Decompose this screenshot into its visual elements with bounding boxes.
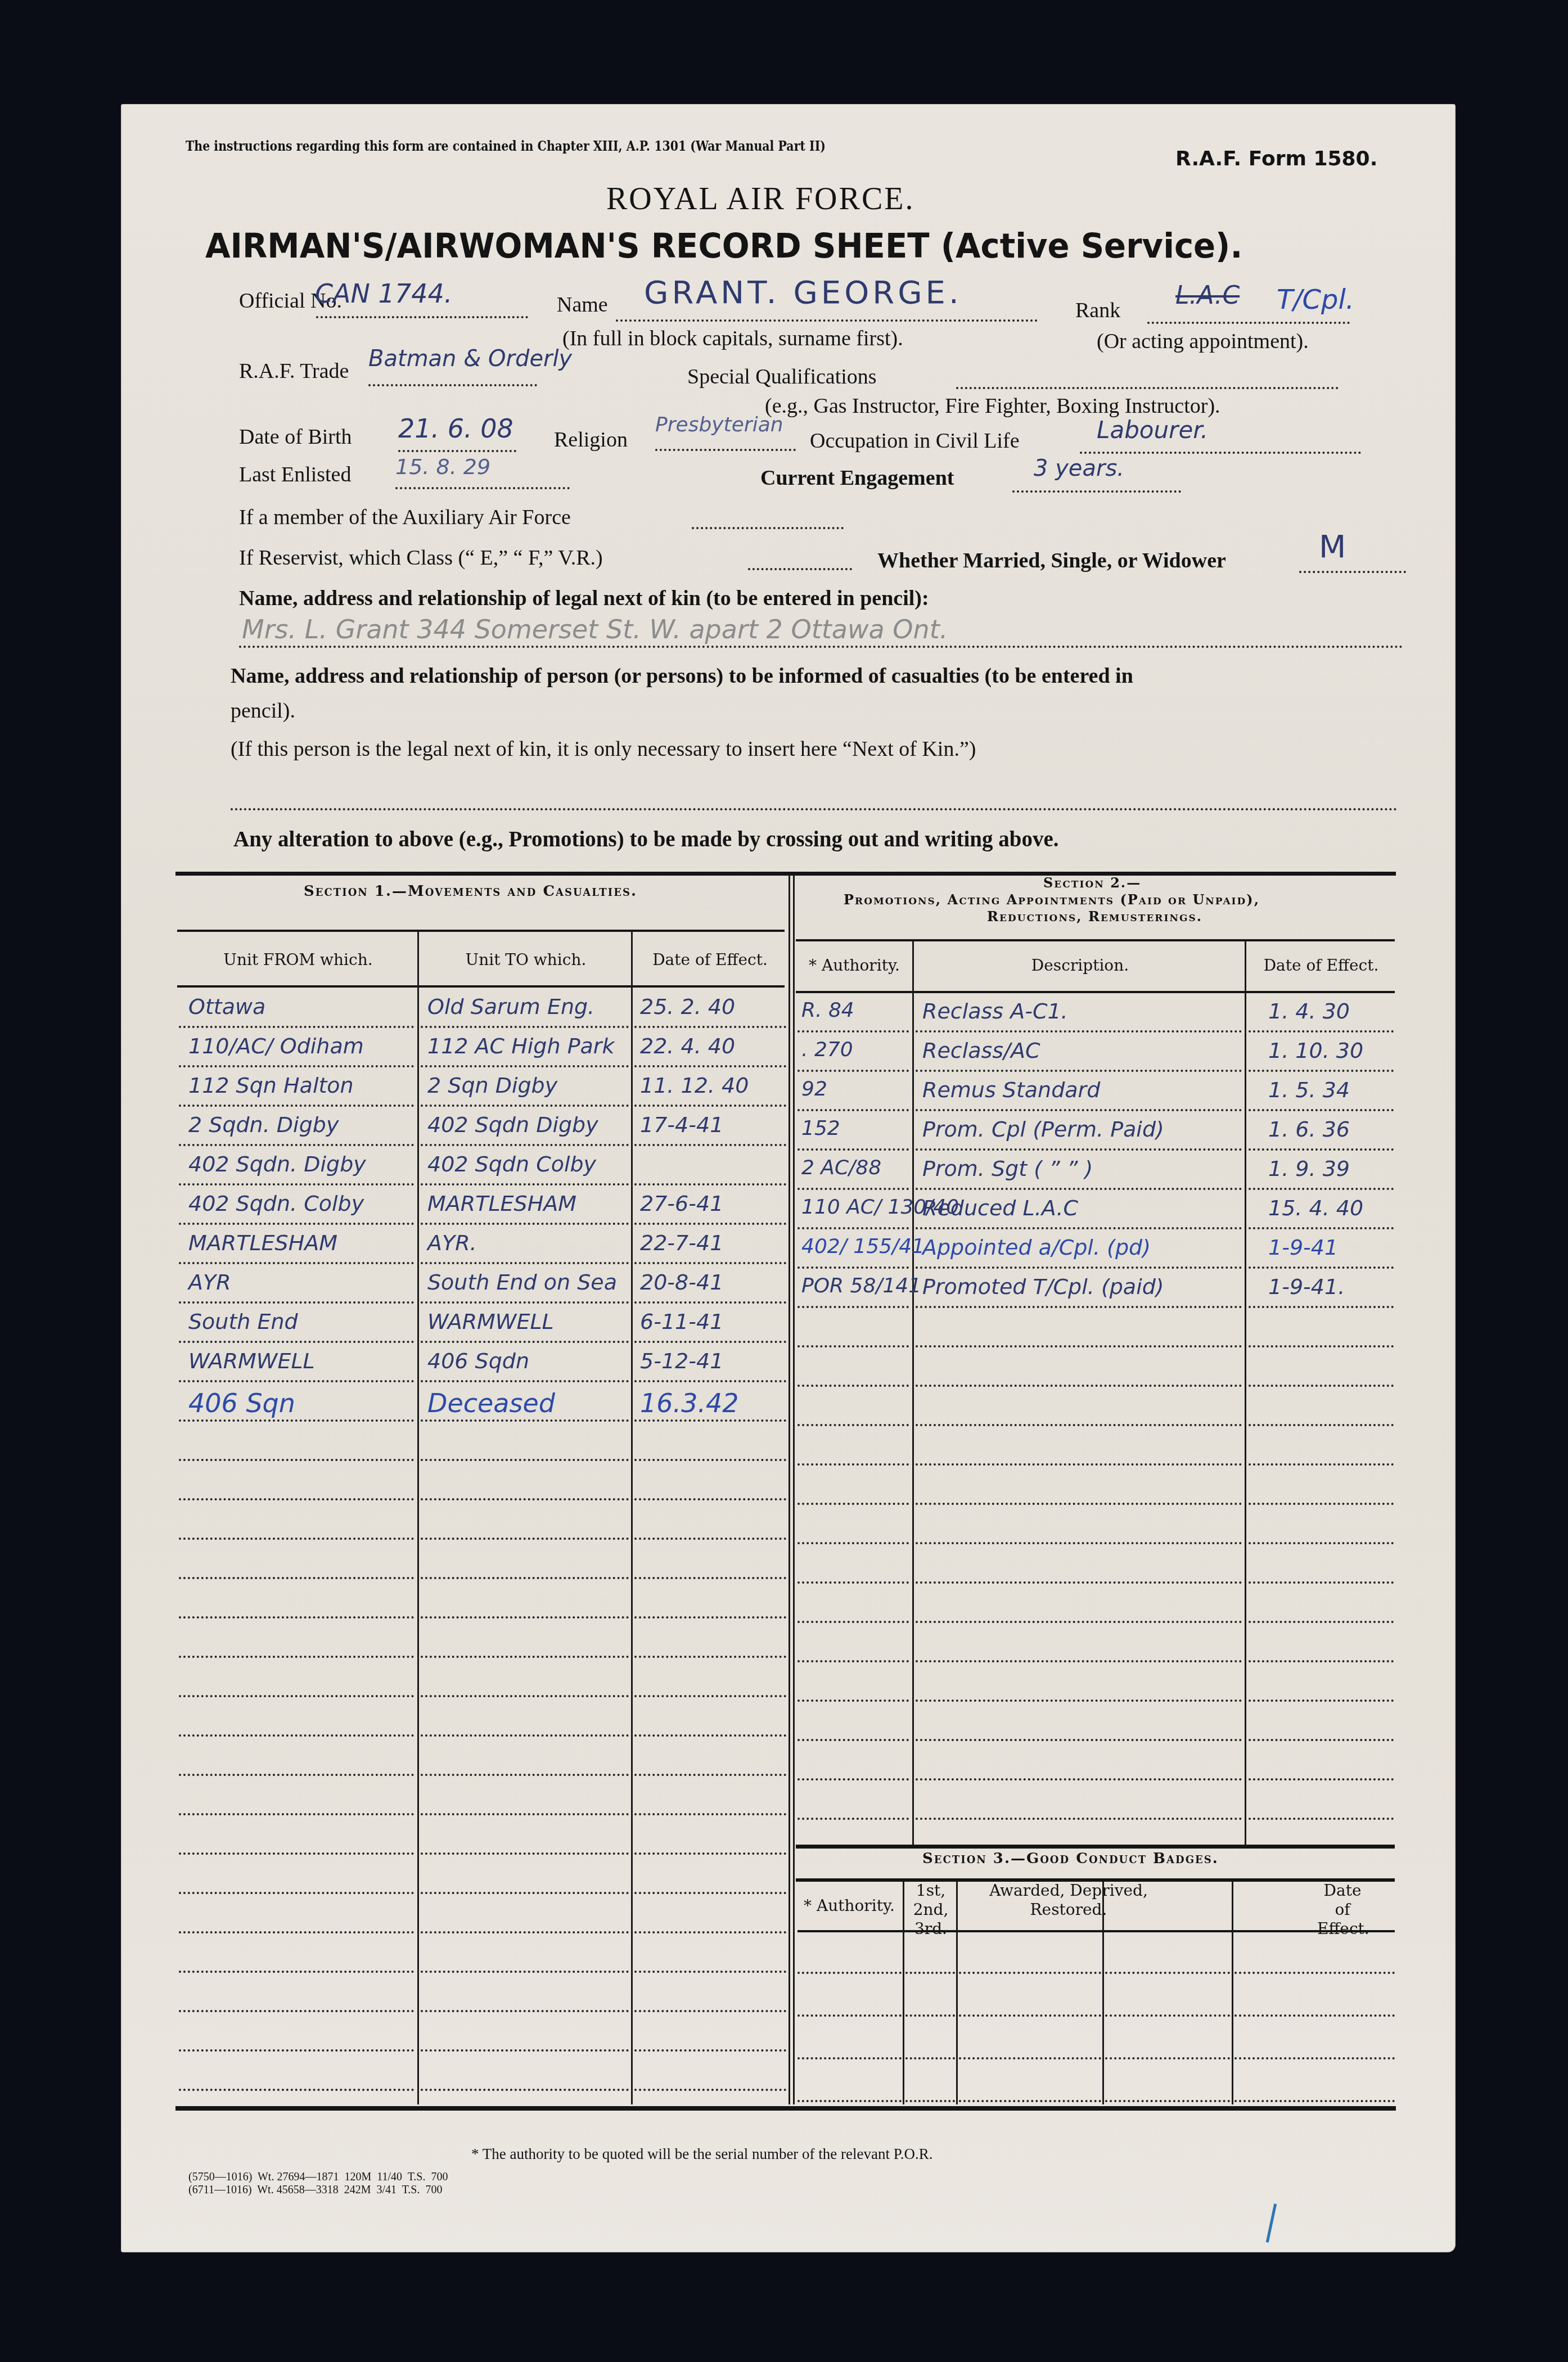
row-dotted-line (634, 1144, 786, 1146)
row-dotted-line (179, 1656, 414, 1658)
cell-unit-from[interactable]: South End (188, 1309, 298, 1334)
date-of-birth-value[interactable]: 21. 6. 08 (398, 413, 513, 444)
row-dotted-line (634, 1616, 786, 1619)
table-row (796, 1585, 1395, 1624)
row-dotted-line (179, 1144, 414, 1146)
row-dotted-line (797, 1542, 909, 1544)
next-of-kin-line (239, 646, 1403, 648)
row-dotted-line (1249, 1306, 1394, 1308)
section3-col-date-text: Date of Effect. (1317, 1881, 1369, 1938)
row-dotted-line (916, 1739, 1242, 1741)
row-dotted-line (634, 2089, 786, 2091)
row-dotted-line (797, 1700, 909, 1702)
row-dotted-line (916, 1463, 1242, 1466)
cell-date-of-effect[interactable]: 1. 10. 30 (1268, 1038, 1363, 1063)
row-dotted-line (797, 1818, 909, 1820)
current-engagement-value[interactable]: 3 years. (1034, 456, 1124, 481)
cell-description[interactable]: Reclass/AC (922, 1038, 1040, 1063)
cell-description[interactable]: Prom. Sgt ( ” ” ) (922, 1156, 1093, 1181)
row-dotted-line (1105, 2100, 1230, 2102)
current-engagement-label: Current Engagement (760, 466, 954, 490)
row-dotted-line (179, 1616, 414, 1619)
cell-unit-to[interactable]: WARMWELL (427, 1309, 554, 1334)
table-row (796, 1975, 1395, 2018)
row-dotted-line (797, 2057, 902, 2059)
auxiliary-label: If a member of the Auxiliary Air Force (239, 505, 571, 530)
row-dotted-line (1249, 1266, 1394, 1269)
row-dotted-line (634, 1774, 786, 1776)
table-row (177, 1816, 787, 1856)
section3-col-awarded: Awarded, Deprived, Restored. (956, 1881, 1181, 1919)
cell-date-of-effect[interactable]: 1. 9. 39 (1268, 1156, 1350, 1181)
row-dotted-line (1249, 1778, 1394, 1780)
date-of-birth-label: Date of Birth (239, 425, 352, 449)
table-row (796, 1388, 1395, 1427)
trade-line (368, 384, 537, 386)
section3-title: Section 3.—Good Conduct Badges. (922, 1850, 1219, 1867)
cell-description[interactable]: Remus Standard (922, 1078, 1100, 1102)
row-dotted-line (421, 1419, 629, 1422)
table-row (796, 1467, 1395, 1506)
last-enlisted-line (395, 487, 570, 489)
row-dotted-line (1234, 2057, 1395, 2059)
section1-columns-rule (177, 985, 785, 988)
row-dotted-line (797, 2100, 902, 2102)
row-dotted-line (634, 1852, 786, 1855)
cell-date-of-effect[interactable]: 5-12-41 (640, 1349, 723, 1373)
section1-header-rule (177, 930, 785, 932)
cell-date-of-effect[interactable]: 6-11-41 (640, 1309, 723, 1334)
section2-title-2: Promotions, Acting Appointments (Paid or… (844, 891, 1260, 908)
row-dotted-line (916, 1660, 1242, 1662)
cell-authority[interactable]: 92 (801, 1078, 827, 1101)
row-dotted-line (797, 1227, 909, 1229)
name-line (616, 319, 1038, 322)
cell-unit-from[interactable]: 402 Sqdn. Digby (188, 1152, 366, 1177)
date-of-birth-line (398, 450, 516, 452)
marital-value[interactable]: M (1319, 529, 1346, 565)
row-dotted-line (179, 1498, 414, 1500)
cell-date-of-effect[interactable]: 1. 5. 34 (1268, 1078, 1350, 1102)
row-dotted-line (179, 1931, 414, 1933)
cell-authority[interactable]: . 270 (801, 1038, 853, 1061)
section1-title: Section 1.—Movements and Casualties. (304, 883, 637, 900)
row-dotted-line (634, 1734, 786, 1737)
row-dotted-line (959, 1972, 1101, 1974)
row-dotted-line (421, 2089, 629, 2091)
row-dotted-line (179, 1380, 414, 1382)
table-row (177, 1895, 787, 1935)
name-label: Name (557, 292, 608, 317)
casualty-contact-label-2: pencil). (231, 698, 295, 723)
row-dotted-line (634, 1301, 786, 1304)
row-dotted-line (421, 1892, 629, 1894)
cell-unit-to[interactable]: South End on Sea (427, 1270, 617, 1295)
row-dotted-line (797, 1148, 909, 1151)
row-dotted-line (797, 1424, 909, 1426)
cell-date-of-effect[interactable]: 27-6-41 (640, 1191, 723, 1216)
casualty-contact-label-1: Name, address and relationship of person… (231, 664, 1133, 688)
row-dotted-line (179, 1538, 414, 1540)
row-dotted-line (1249, 1818, 1394, 1820)
auxiliary-line[interactable] (692, 527, 844, 529)
row-dotted-line (634, 1065, 786, 1067)
cell-date-of-effect[interactable]: 17-4-41 (640, 1112, 723, 1137)
row-dotted-line (1249, 1109, 1394, 1111)
occupation-value[interactable]: Labourer. (1097, 416, 1208, 444)
table-row (177, 1423, 787, 1462)
row-dotted-line (179, 1892, 414, 1894)
row-dotted-line (421, 1105, 629, 1107)
cell-date-of-effect[interactable]: 22. 4. 40 (640, 1034, 735, 1058)
row-dotted-line (1249, 1621, 1394, 1623)
row-dotted-line (916, 1503, 1242, 1505)
row-dotted-line (179, 1105, 414, 1107)
row-dotted-line (634, 1892, 786, 1894)
row-dotted-line (634, 1026, 786, 1028)
religion-value[interactable]: Presbyterian (655, 413, 783, 436)
authority-footnote: * The authority to be quoted will be the… (471, 2145, 933, 2163)
row-dotted-line (797, 1030, 909, 1033)
row-dotted-line (797, 1972, 902, 1974)
rank-hint: (Or acting appointment). (1097, 329, 1309, 354)
trade-value[interactable]: Batman & Orderly (368, 346, 572, 372)
row-dotted-line (179, 1262, 414, 1264)
rank-line (1147, 322, 1350, 324)
sheet-title: AIRMAN'S/AIRWOMAN'S RECORD SHEET (Active… (205, 227, 1242, 266)
row-dotted-line (1249, 1542, 1394, 1544)
row-dotted-line (1249, 1188, 1394, 1190)
section1-col-from: Unit FROM which. (177, 950, 419, 969)
table-row (177, 2053, 787, 2092)
cell-description[interactable]: Promoted T/Cpl. (paid) (922, 1274, 1164, 1299)
cell-unit-from[interactable]: 110/AC/ Odiham (188, 1034, 364, 1058)
row-dotted-line (916, 1030, 1242, 1033)
cell-unit-to[interactable]: Old Sarum Eng. (427, 994, 594, 1019)
table-row (796, 1932, 1395, 1975)
alteration-note: Any alteration to above (e.g., Promotion… (233, 827, 1059, 852)
row-dotted-line (421, 1380, 629, 1382)
row-dotted-line (797, 1621, 909, 1623)
cell-date-of-effect[interactable]: 1-9-41 (1268, 1235, 1338, 1260)
row-dotted-line (421, 1971, 629, 1973)
trade-label: R.A.F. Trade (239, 359, 349, 384)
cell-date-of-effect[interactable]: 11. 12. 40 (640, 1073, 749, 1098)
official-no-line (316, 316, 528, 318)
cell-authority[interactable]: 2 AC/88 (801, 1156, 881, 1179)
row-dotted-line (421, 1852, 629, 1855)
reservist-line[interactable] (748, 568, 852, 570)
row-dotted-line (634, 1498, 786, 1500)
table-row (796, 1782, 1395, 1821)
row-dotted-line (421, 1616, 629, 1619)
cell-unit-to[interactable]: 402 Sqdn Digby (427, 1112, 598, 1137)
row-dotted-line (179, 1341, 414, 1343)
row-dotted-line (179, 1971, 414, 1973)
cell-unit-to[interactable]: 402 Sqdn Colby (427, 1152, 596, 1177)
row-dotted-line (1234, 1972, 1395, 1974)
row-dotted-line (421, 1656, 629, 1658)
table-top-rule (175, 872, 1396, 876)
cell-date-of-effect[interactable]: 20-8-41 (640, 1270, 723, 1295)
row-dotted-line (179, 1852, 414, 1855)
row-dotted-line (1249, 1030, 1394, 1033)
marital-line (1299, 571, 1406, 573)
cell-unit-to[interactable]: 406 Sqdn (427, 1349, 529, 1373)
section2-title-3: Reductions, Remusterings. (987, 908, 1202, 925)
row-dotted-line (634, 1262, 786, 1264)
row-dotted-line (179, 1695, 414, 1697)
row-dotted-line (179, 1026, 414, 1028)
row-dotted-line (421, 1498, 629, 1500)
rank-struck-value: L.A.C (1175, 281, 1240, 310)
row-dotted-line (797, 1266, 909, 1269)
rank-label: Rank (1075, 298, 1120, 323)
cell-unit-from[interactable]: 2 Sqdn. Digby (188, 1112, 339, 1137)
row-dotted-line (634, 1459, 786, 1461)
row-dotted-line (634, 1105, 786, 1107)
section2-header-rule (796, 939, 1395, 941)
row-dotted-line (916, 1227, 1242, 1229)
cell-date-of-effect[interactable]: 16.3.42 (640, 1388, 739, 1418)
next-of-kin-value[interactable]: Mrs. L. Grant 344 Somerset St. W. apart … (242, 614, 948, 644)
row-dotted-line (421, 2010, 629, 2012)
row-dotted-line (179, 2010, 414, 2012)
row-dotted-line (421, 1734, 629, 1737)
row-dotted-line (916, 1345, 1242, 1347)
cell-date-of-effect[interactable]: 22-7-41 (640, 1230, 723, 1255)
row-dotted-line (421, 1813, 629, 1815)
row-dotted-line (905, 2014, 955, 2017)
row-dotted-line (959, 2100, 1101, 2102)
casualty-contact-note: (If this person is the legal next of kin… (231, 737, 976, 761)
cell-authority[interactable]: 152 (801, 1117, 840, 1140)
row-dotted-line (179, 2049, 414, 2052)
table-row (177, 1502, 787, 1541)
cell-date-of-effect[interactable]: 15. 4. 40 (1268, 1196, 1363, 1220)
cell-date-of-effect[interactable]: 25. 2. 40 (640, 994, 735, 1019)
row-dotted-line (1249, 1463, 1394, 1466)
cell-description[interactable]: Appointed a/Cpl. (pd) (922, 1235, 1151, 1260)
row-dotted-line (179, 1459, 414, 1461)
row-dotted-line (1234, 2100, 1395, 2102)
row-dotted-line (421, 1183, 629, 1185)
row-dotted-line (797, 2014, 902, 2017)
row-dotted-line (421, 1341, 629, 1343)
row-dotted-line (1249, 1581, 1394, 1584)
row-dotted-line (916, 1109, 1242, 1111)
instructions-note: The instructions regarding this form are… (186, 138, 826, 154)
row-dotted-line (179, 1734, 414, 1737)
row-dotted-line (797, 1345, 909, 1347)
row-dotted-line (1249, 1503, 1394, 1505)
current-engagement-line (1012, 490, 1181, 493)
row-dotted-line (634, 1577, 786, 1579)
row-dotted-line (634, 1656, 786, 1658)
table-row (796, 1427, 1395, 1467)
row-dotted-line (634, 1538, 786, 1540)
cell-description[interactable]: Reclass A-C1. (922, 999, 1068, 1024)
table-row (177, 1620, 787, 1659)
section1-col-to: Unit TO which. (419, 950, 633, 969)
row-dotted-line (1105, 1972, 1230, 1974)
row-dotted-line (634, 1695, 786, 1697)
table-row (796, 1506, 1395, 1545)
special-qualifications-label: Special Qualifications (687, 364, 877, 389)
row-dotted-line (634, 1380, 786, 1382)
section3-col-authority: * Authority. (796, 1896, 903, 1915)
row-dotted-line (421, 1577, 629, 1579)
section2-title-1: Section 2.— (1043, 875, 1141, 891)
rank-value[interactable]: T/Cpl. (1277, 284, 1354, 315)
row-dotted-line (1249, 1345, 1394, 1347)
row-dotted-line (1249, 1070, 1394, 1072)
row-dotted-line (916, 1266, 1242, 1269)
row-dotted-line (179, 1419, 414, 1422)
section3-col-badge-number-text: 1st, 2nd, 3rd. (913, 1881, 949, 1938)
cell-unit-to[interactable]: AYR. (427, 1230, 477, 1255)
reservist-label: If Reservist, which Class (“ E,” “ F,” V… (239, 546, 603, 570)
cell-authority[interactable]: R. 84 (801, 999, 854, 1022)
cell-unit-from[interactable]: MARTLESHAM (188, 1230, 337, 1255)
row-dotted-line (179, 1813, 414, 1815)
table-row (796, 1624, 1395, 1664)
row-dotted-line (959, 2057, 1101, 2059)
row-dotted-line (179, 1183, 414, 1185)
table-row (177, 1856, 787, 1895)
row-dotted-line (797, 1660, 909, 1662)
cell-date-of-effect[interactable]: 1. 4. 30 (1268, 999, 1350, 1024)
row-dotted-line (1249, 1385, 1394, 1387)
table-row (177, 1541, 787, 1580)
name-hint: (In full in block capitals, surname firs… (562, 326, 903, 351)
table-row (796, 1703, 1395, 1742)
row-dotted-line (916, 1621, 1242, 1623)
table-row (796, 1545, 1395, 1585)
last-enlisted-value[interactable]: 15. 8. 29 (395, 454, 490, 479)
cell-unit-to[interactable]: 112 AC High Park (427, 1034, 614, 1058)
cell-unit-from[interactable]: 112 Sqn Halton (188, 1073, 354, 1098)
section2-columns-rule (796, 991, 1395, 993)
section1-col-date: Date of Effect. (633, 950, 787, 969)
table-row (796, 1742, 1395, 1782)
row-dotted-line (797, 1739, 909, 1741)
table-bottom-rule (175, 2106, 1396, 2111)
row-dotted-line (916, 1700, 1242, 1702)
row-dotted-line (634, 2049, 786, 2052)
row-dotted-line (179, 1774, 414, 1776)
cell-unit-from[interactable]: 402 Sqdn. Colby (188, 1191, 364, 1216)
occupation-label: Occupation in Civil Life (810, 429, 1020, 453)
cell-unit-from[interactable]: 406 Sqn (188, 1388, 295, 1418)
cell-unit-to[interactable]: 2 Sqn Digby (427, 1073, 557, 1098)
row-dotted-line (1234, 2014, 1395, 2017)
row-dotted-line (179, 2089, 414, 2091)
print-line-1: (5750—1016) Wt. 27694—1871 120M 11/40 T.… (188, 2171, 448, 2184)
section2-col-authority: * Authority. (796, 956, 913, 975)
table-row (177, 1659, 787, 1698)
row-dotted-line (634, 1419, 786, 1422)
special-qualifications-line (956, 387, 1339, 389)
cell-date-of-effect[interactable]: 1. 6. 36 (1268, 1117, 1350, 1142)
cell-authority[interactable]: 402/ 155/41 (801, 1235, 925, 1258)
row-dotted-line (421, 1695, 629, 1697)
row-dotted-line (905, 2100, 955, 2102)
row-dotted-line (634, 2010, 786, 2012)
row-dotted-line (916, 1542, 1242, 1544)
section2-col-date: Date of Effect. (1247, 956, 1395, 975)
table-row (796, 1309, 1395, 1349)
cell-description[interactable]: Prom. Cpl (Perm. Paid) (922, 1117, 1164, 1142)
cell-date-of-effect[interactable]: 1-9-41. (1268, 1274, 1345, 1299)
cell-unit-to[interactable]: MARTLESHAM (427, 1191, 576, 1216)
row-dotted-line (916, 1424, 1242, 1426)
section3-col-awarded-text: Awarded, Deprived, Restored. (989, 1881, 1148, 1919)
section3-top-rule (796, 1845, 1395, 1849)
cell-unit-from[interactable]: AYR (188, 1270, 231, 1295)
row-dotted-line (179, 1577, 414, 1579)
table-row (796, 2018, 1395, 2061)
cell-unit-from[interactable]: WARMWELL (188, 1349, 315, 1373)
next-of-kin-label: Name, address and relationship of legal … (239, 586, 929, 611)
row-dotted-line (634, 1183, 786, 1185)
religion-line (655, 449, 796, 451)
row-dotted-line (916, 1818, 1242, 1820)
row-dotted-line (179, 1223, 414, 1225)
cell-authority[interactable]: POR 58/141 (801, 1274, 921, 1297)
row-dotted-line (905, 2057, 955, 2059)
row-dotted-line (421, 1459, 629, 1461)
special-qualifications-hint: (e.g., Gas Instructor, Fire Fighter, Box… (765, 394, 1220, 418)
religion-label: Religion (554, 427, 628, 452)
row-dotted-line (916, 1581, 1242, 1584)
row-dotted-line (916, 1148, 1242, 1151)
row-dotted-line (421, 1065, 629, 1067)
row-dotted-line (1249, 1739, 1394, 1741)
table-row (177, 2013, 787, 2053)
table-row (177, 1974, 787, 2013)
name-value[interactable]: GRANT. GEORGE. (644, 274, 962, 311)
row-dotted-line (905, 1972, 955, 1974)
row-dotted-line (179, 1065, 414, 1067)
occupation-line (1080, 452, 1361, 454)
row-dotted-line (421, 1223, 629, 1225)
row-dotted-line (421, 1301, 629, 1304)
cell-description[interactable]: Reduced L.A.C (922, 1196, 1078, 1220)
row-dotted-line (916, 1306, 1242, 1308)
row-dotted-line (1249, 1700, 1394, 1702)
section2-col-description: Description. (916, 956, 1245, 975)
row-dotted-line (916, 1188, 1242, 1190)
row-dotted-line (916, 1778, 1242, 1780)
row-dotted-line (797, 1385, 909, 1387)
cell-unit-to[interactable]: Deceased (427, 1388, 555, 1418)
table-row (177, 1462, 787, 1502)
row-dotted-line (1105, 2014, 1230, 2017)
row-dotted-line (1249, 1227, 1394, 1229)
org-title: ROYAL AIR FORCE. (606, 181, 914, 217)
row-dotted-line (916, 1070, 1242, 1072)
official-no-value[interactable]: CAN 1744. (315, 278, 452, 309)
marital-label: Whether Married, Single, or Widower (877, 548, 1226, 573)
row-dotted-line (421, 1262, 629, 1264)
table-row (177, 1580, 787, 1620)
last-enlisted-label: Last Enlisted (239, 462, 351, 487)
row-dotted-line (797, 1463, 909, 1466)
cell-unit-from[interactable]: Ottawa (188, 994, 265, 1019)
form-number: R.A.F. Form 1580. (1175, 147, 1377, 170)
casualty-contact-line[interactable] (231, 808, 1398, 810)
